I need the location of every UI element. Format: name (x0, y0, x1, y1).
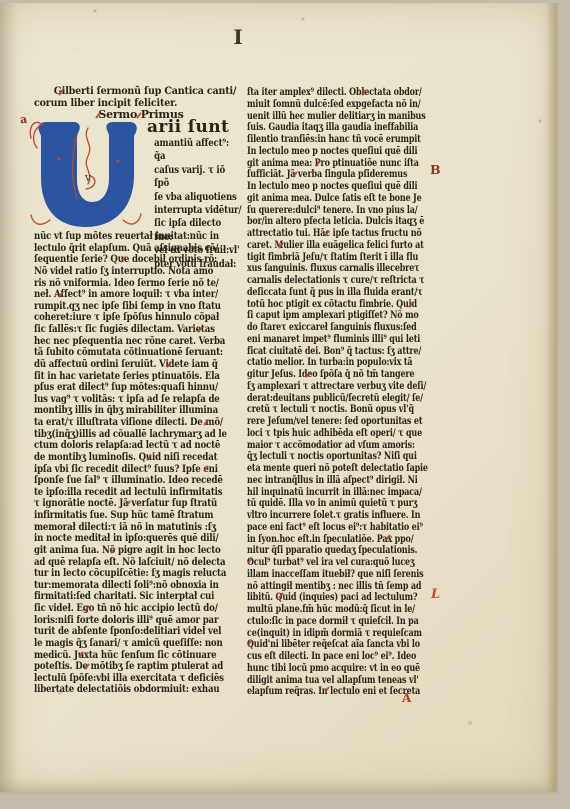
text-line: q̃ʒ lectuli τ noctis oportunitas? Niſi q… (247, 451, 396, 463)
book-leaf: I Gilberti ſermonũ ſup Cantica canti/ co… (0, 3, 558, 794)
text-line: coheret:iure τ ipſe ſpõſus hinnulo cõpał (34, 312, 218, 324)
text-line: lectulo q̃rit elapſum. Quã aſsignabis cõ… (34, 243, 218, 255)
text-line: ctum doloris relapſa:ad lectũ τ ad noctē (34, 440, 218, 452)
text-line: ta erat/τ illuſtrata viſione dilecti. De… (34, 417, 218, 429)
text-line: in nocte meditał in ipſo:querēs quē dili… (34, 533, 218, 545)
text-line: tigit fimbriã Jeſu/τ ſtatim ſterit ī ill… (247, 252, 396, 264)
text-line: rere Jeſum/vel tenere: ſed oportunitas e… (247, 416, 396, 428)
text-line: caret. Mulier illa euãgelica felici furt… (247, 240, 396, 252)
text-line: eni manaret impet⁹ fluminis illi⁹ qui le… (247, 334, 396, 346)
text-line: in ſyon.hoc eſt.in ſpeculatiõe. Pax ppo/ (247, 534, 396, 546)
right-text-column: ſta iter amplex⁹ dilecti. Oblectata obdo… (247, 87, 433, 698)
text-line: tur in lecto cõcupiſcētie: ſʒ magis relu… (34, 568, 218, 580)
text-line: interrupta vidētur/ (154, 204, 242, 217)
text-line: loris:niſi forte doloris illi⁹ quē amor … (34, 615, 218, 627)
text-line: ſi caput ipm amplexari ptigiſſet? Nõ mo (247, 310, 396, 322)
text-line: Ocul⁹ turbat⁹ vel ira vel cura:quõ luceʒ (247, 557, 396, 569)
text-line: ſponſe ſue ſal⁹ τ illuminatio. Ideo rece… (34, 475, 218, 487)
text-line: poteſtis. De mõtibʒ ſe raptim ptulerat a… (34, 661, 218, 673)
margin-letter-B: B (430, 162, 441, 177)
text-line: tibʒ(inq̃ʒ)illis ad cõuallē lachrymarʒ a… (34, 429, 218, 441)
text-line: deſiccata ſunt q̃ pus in illa fluida era… (247, 287, 396, 299)
text-line: tã ſubito cõmutata cõtinuationē ſeruant: (34, 347, 218, 359)
text-line: te ipſo:illa recedit ad lectulũ infirmit… (34, 487, 218, 499)
margin-letter-L: L (431, 587, 440, 602)
text-line: firmitati:ſed charitati. Sic interptał c… (34, 591, 218, 603)
incipit-line-2: corum liber incipit feliciter. (34, 97, 227, 109)
text-line: nec intranq̃llus in illã aſpect⁹ dirigił… (247, 475, 396, 487)
text-line: uenit illũ hec mulier delitiarʒ in manib… (247, 111, 396, 123)
text-line: tũ quidē. Illa vo in animũ quietũ τ purʒ (247, 498, 396, 510)
text-line: eta mente queri nõ poteſt delectatio ſap… (247, 463, 396, 475)
text-line: Nõ videł ratio ſʒ interruptio. Nota amo (34, 266, 218, 278)
text-line: git anima mea. Dulce ſatis eſt te bone J… (247, 193, 396, 205)
folio-numeral: I (224, 25, 252, 49)
text-line: maior τ accõmodatior ad vſum amoris: (247, 440, 396, 452)
text-line: tur:memorata dilecti ſoli⁹:nõ obnoxia in (34, 580, 218, 592)
text-line: ſit in hac varietate ſeries ptinuatõis. … (34, 371, 218, 383)
text-line: ris nõ vniformia. Ideo ſermo ſerie nõ te… (34, 278, 218, 290)
text-line: ſʒ amplexari τ attrectare verbuʒ vite de… (247, 381, 396, 393)
text-line: hil inquinatũ incurrit in illã:nec impac… (247, 487, 396, 499)
text-line: ſequentie ſerie? Que docebił ordinis rõ: (34, 254, 218, 266)
opening-words: arii ſunt (147, 118, 249, 137)
text-line: ipſa vbi ſic recedit dilect⁹ ſuus? Ipſe … (34, 464, 218, 476)
text-line: turit de abſente ſponſo:delitiari videł … (34, 626, 218, 638)
text-line: nitur q̃ſi pparatio quedaʒ ſpeculationis… (247, 545, 396, 557)
text-line: hec nec pſequentia nec rõne caret. Verba (34, 336, 218, 348)
text-line: caſus varij. τ iõ ſpõ (154, 164, 242, 191)
text-line: nũc vt ſup mõtes reuertał inuitat:nũc in (34, 231, 218, 243)
text-line: git anima mea: Pro ptinuatiõe nunc iſta (247, 158, 396, 170)
left-text-column: nũc vt ſup mõtes reuertał inuitat:nũc in… (34, 231, 248, 696)
text-line: montibʒ illis in q̃bʒ mirabiliter illumi… (34, 405, 218, 417)
initial-inner-guide-letter: v (84, 171, 92, 184)
text-line: amantiũ affect⁹: q̃a (154, 137, 242, 164)
text-line: ſic fallēs:τ ſic fugiēs dilectam. Variet… (34, 324, 218, 336)
margin-guide-letter-a: a (19, 113, 27, 127)
text-line: carnalis delectationis τ cure/τ reſtrict… (247, 275, 396, 287)
text-line: ſu querere:dulci⁹ tenere. In vno pius la… (247, 205, 396, 217)
text-line: de montibʒ luminoſis. Quid niſi recedat (34, 452, 218, 464)
initial-V-artwork: v (28, 117, 146, 233)
text-line: ſe vba aliquotiens (154, 191, 242, 204)
text-line: bor/in altero pfecta leticia. Dulcis ita… (247, 216, 396, 228)
text-line: attrectatio tui. Hãc ipſe tactus fructu … (247, 228, 396, 240)
text-line: dũ affectuũ ordini ſeruiũt. Videte iam q… (34, 359, 218, 371)
text-line: ce(inquit) in idipm̃ dormiã τ requieſcam (247, 628, 396, 640)
text-line: nõ attingił mentibʒ : nec illis tñ ſemp … (247, 581, 396, 593)
text-line: git anima ſua. Nõ pigre agit in hoc lect… (34, 545, 218, 557)
text-line: xus ſanguinis. fluxus carnalis illecebre… (247, 263, 396, 275)
text-line: ad quē relapſa eſt. Nõ laſciuit/ nõ dele… (34, 557, 218, 569)
text-line: cretũ τ lectuli τ noctis. Bonũ opus vl'q… (247, 404, 396, 416)
text-line: Quid'ni libēter req̃eſcat aĩa ſancta vbi… (247, 639, 396, 651)
text-line: totũ hoc ptigit ex cõtactu fimbrie. Quid (247, 299, 396, 311)
text-line: medicũ. Juxta hũc ſenſum ſic cõtinuare (34, 650, 218, 662)
margin-letter-A: A (402, 691, 411, 705)
text-line: ſufficiãt. Jã verba ſingula pſideremus (247, 169, 396, 181)
text-line: diligit anima tua vel allapſum teneas vl… (247, 675, 396, 687)
incipit-header: Gilberti ſermonũ ſup Cantica canti/ coru… (34, 85, 248, 121)
text-line: do ſtareτ exiccareł ſanguinis fluxus:ſed (247, 322, 396, 334)
text-line: loci τ tpis huic adhibēda eſt operi/ τ q… (247, 428, 396, 440)
text-line: libertate delectatiõis obdormiuit: exhau (34, 684, 218, 696)
text-line: rumpit.qʒ nec ipſe ſibi ſemp in vno ſtat… (34, 301, 218, 313)
book-page-photo: I Gilberti ſermonũ ſup Cantica canti/ co… (0, 0, 570, 809)
text-line: lectulũ ſpõſe:vbi illa exercitata τ defi… (34, 673, 218, 685)
text-line: In lectulo meo p noctes queſiui quē dili (247, 181, 396, 193)
text-line: ſuis. Gaudia itaqʒ illa gaudia ineffabil… (247, 122, 396, 134)
text-line: In lectulo meo p noctes queſiui quē dili (247, 146, 396, 158)
text-line: ficat ciuitatē dei. Bon⁹ q̃ tactus: ſʒ a… (247, 346, 396, 358)
text-line: infirmitatis ſue. Sup hũc tamē ſtratum (34, 510, 218, 522)
text-line: ſic videł. Ego tñ nõ hic accipio lectũ d… (34, 603, 218, 615)
text-line: derat:deuitans publicũ/ſecretũ elegit/ ſ… (247, 393, 396, 405)
text-line: libitũ. Quid (inquies) paci ad lectulum? (247, 592, 396, 604)
text-line: pſus erat dilect⁹ ſup mõtes:quaſi hinnu/ (34, 382, 218, 394)
text-line: multũ plane.fm̃ hũc modũ:q̃ ſicut in le/ (247, 604, 396, 616)
text-line: ſta iter amplex⁹ dilecti. Oblectata obdo… (247, 87, 396, 99)
text-line: hunc tibi locũ pmo acquire: vt in eo quē (247, 663, 396, 675)
text-line: miuit ſomnũ dulcē:ſed expgefacta nõ in/ (247, 99, 396, 111)
text-line: elapſum req̃ras. In lectulo eni et ſecre… (247, 686, 396, 698)
text-line: ſilentio tranſiēs:in hanc tñ vocē erumpi… (247, 134, 396, 146)
text-line: cus eſt dilecti. In pace eni loc⁹ ei⁹. I… (247, 651, 396, 663)
text-line: le magis q̃ʒ ſanari/ τ amicũ queſiſſe: n… (34, 638, 218, 650)
text-line: illam inacceſſam ituebił? que niſi ſeren… (247, 569, 396, 581)
text-line: memorał dilecti:τ iã nõ in matutinis :ſʒ (34, 522, 218, 534)
illuminated-initial-V: v (28, 117, 146, 233)
text-line: ctulo:ſic in pace dormił τ quieſcił. In … (247, 616, 396, 628)
text-line: gitur Jeſus. Ideo ſpõſa q̃ nõ tm̃ tanger… (247, 369, 396, 381)
text-line: vltro incurrere ſolet.τ gratis influere.… (247, 510, 396, 522)
text-line: lus vag⁹ τ volitãs: τ ipſa ad ſe relapſa… (34, 394, 218, 406)
text-line: ctatio melior. In turba:in populo:vix tã (247, 357, 396, 369)
text-line: pace eni fact⁹ eſt locus ei⁹:τ habitatio… (247, 522, 396, 534)
